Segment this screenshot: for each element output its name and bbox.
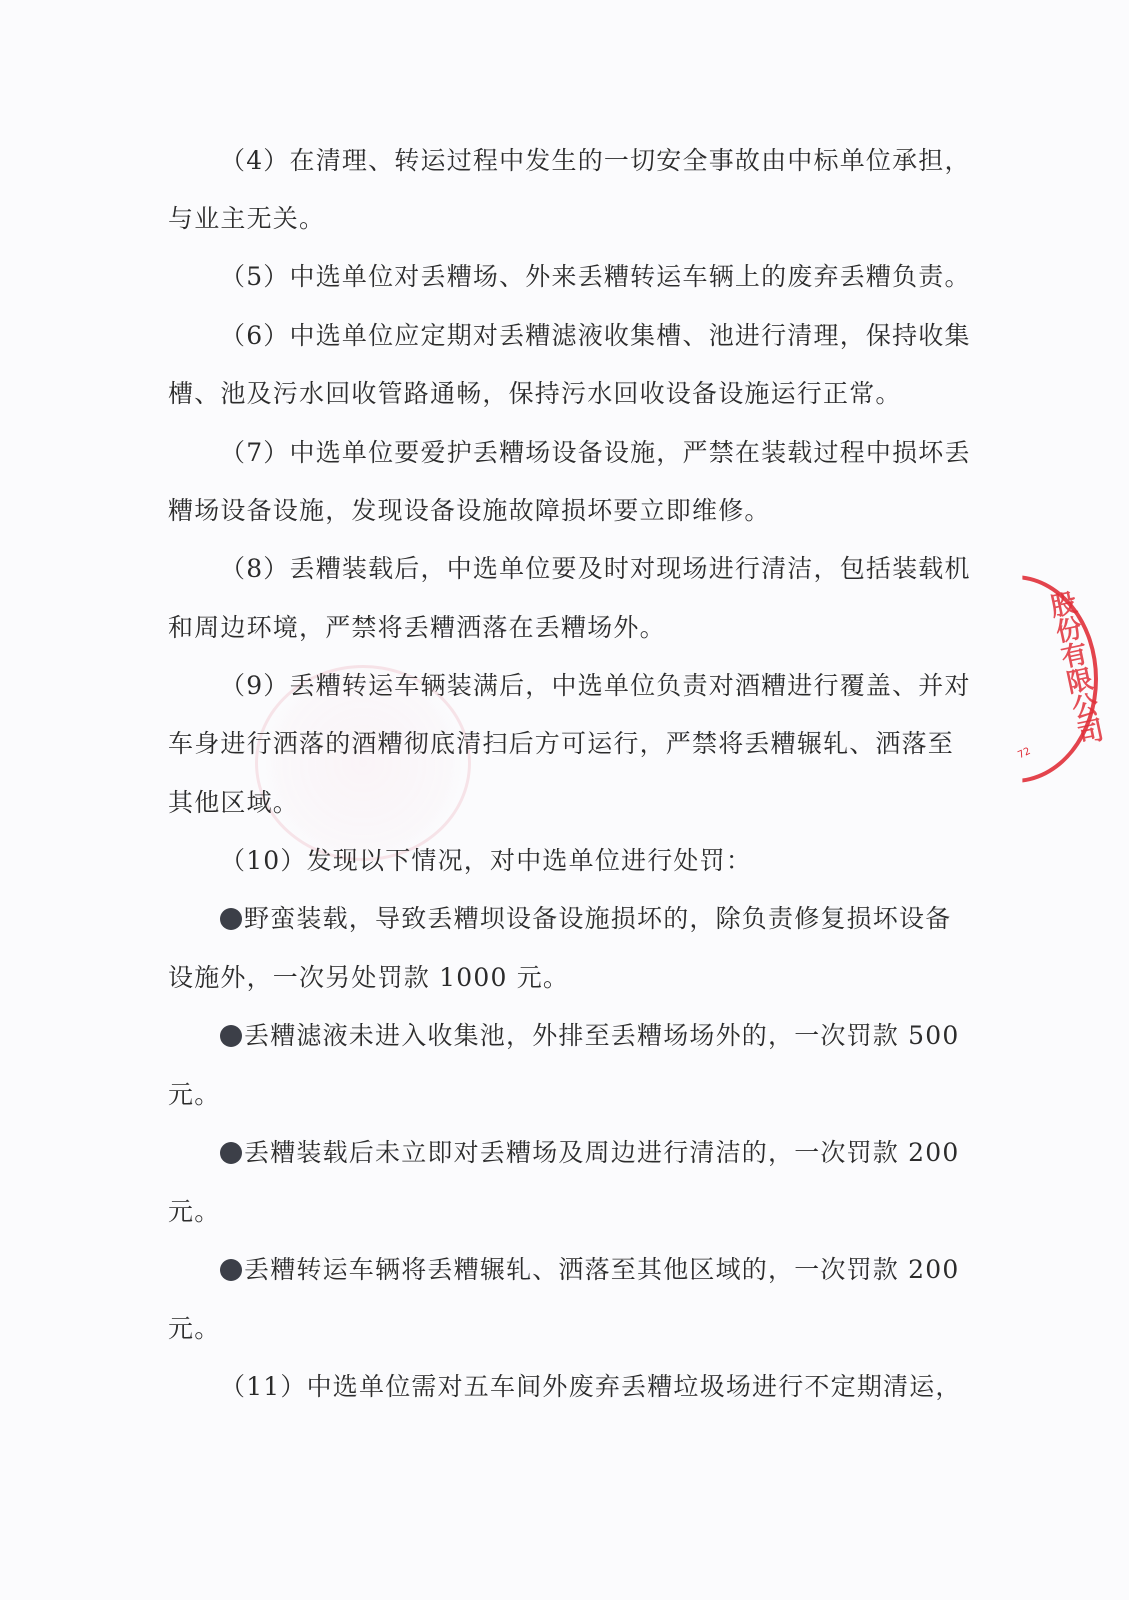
bullet-icon [220,1259,242,1281]
clause-4-line-1: （4）在清理、转运过程中发生的一切安全事故由中标单位承担， [220,145,971,177]
clause-11-line-1: （11）中选单位需对五车间外废弃丢糟垃圾场进行不定期清运， [220,1371,962,1403]
document-page: （4）在清理、转运过程中发生的一切安全事故由中标单位承担， 与业主无关。 （5）… [0,0,1129,1600]
clause-6-line-2: 槽、池及污水回收管路通畅，保持污水回收设备设施运行正常。 [168,378,902,410]
clause-6-line-1: （6）中选单位应定期对丢糟滤液收集槽、池进行清理，保持收集 [220,320,971,352]
penalty-item-1-text: 野蛮装载，导致丢糟坝设备设施损坏的，除负责修复损坏设备 [244,904,951,933]
bullet-icon [220,908,242,930]
clause-5-line-1: （5）中选单位对丢糟场、外来丢糟转运车辆上的废弃丢糟负责。 [220,261,971,293]
penalty-item-4-cont: 元。 [168,1313,220,1345]
penalty-item-3-text: 丢糟装载后未立即对丢糟场及周边进行清洁的，一次罚款 200 [244,1138,959,1167]
penalty-item-1: 野蛮装载，导致丢糟坝设备设施损坏的，除负责修复损坏设备 [220,903,951,935]
penalty-item-4: 丢糟转运车辆将丢糟辗轧、洒落至其他区域的，一次罚款 200 [220,1254,959,1286]
clause-9-line-1: （9）丢糟转运车辆装满后，中选单位负责对酒糟进行覆盖、并对 [220,670,971,702]
clause-8-line-1: （8）丢糟装载后，中选单位要及时对现场进行清洁，包括装载机 [220,553,971,585]
penalty-item-2: 丢糟滤液未进入收集池，外排至丢糟场场外的，一次罚款 500 [220,1020,959,1052]
clause-8-line-2: 和周边环境，严禁将丢糟洒落在丢糟场外。 [168,612,666,644]
penalty-item-3-cont: 元。 [168,1196,220,1228]
penalty-item-3: 丢糟装载后未立即对丢糟场及周边进行清洁的，一次罚款 200 [220,1137,959,1169]
clause-4-line-2: 与业主无关。 [168,203,325,235]
clause-10-heading: （10）发现以下情况，对中选单位进行处罚： [220,845,752,877]
clause-9-line-2: 车身进行洒落的酒糟彻底清扫后方可运行，严禁将丢糟辗轧、洒落至 [168,728,954,760]
bullet-icon [220,1142,242,1164]
penalty-item-1-cont: 设施外，一次另处罚款 1000 元。 [168,962,569,994]
clause-7-line-2: 糟场设备设施，发现设备设施故障损坏要立即维修。 [168,495,771,527]
penalty-item-4-text: 丢糟转运车辆将丢糟辗轧、洒落至其他区域的，一次罚款 200 [244,1255,959,1284]
penalty-item-2-cont: 元。 [168,1079,220,1111]
company-seal-text: 股份有限公司 [995,588,1106,757]
clause-9-line-3: 其他区域。 [168,787,299,819]
clause-7-line-1: （7）中选单位要爱护丢糟场设备设施，严禁在装载过程中损坏丢 [220,437,971,469]
bullet-icon [220,1025,242,1047]
penalty-item-2-text: 丢糟滤液未进入收集池，外排至丢糟场场外的，一次罚款 500 [244,1021,959,1050]
